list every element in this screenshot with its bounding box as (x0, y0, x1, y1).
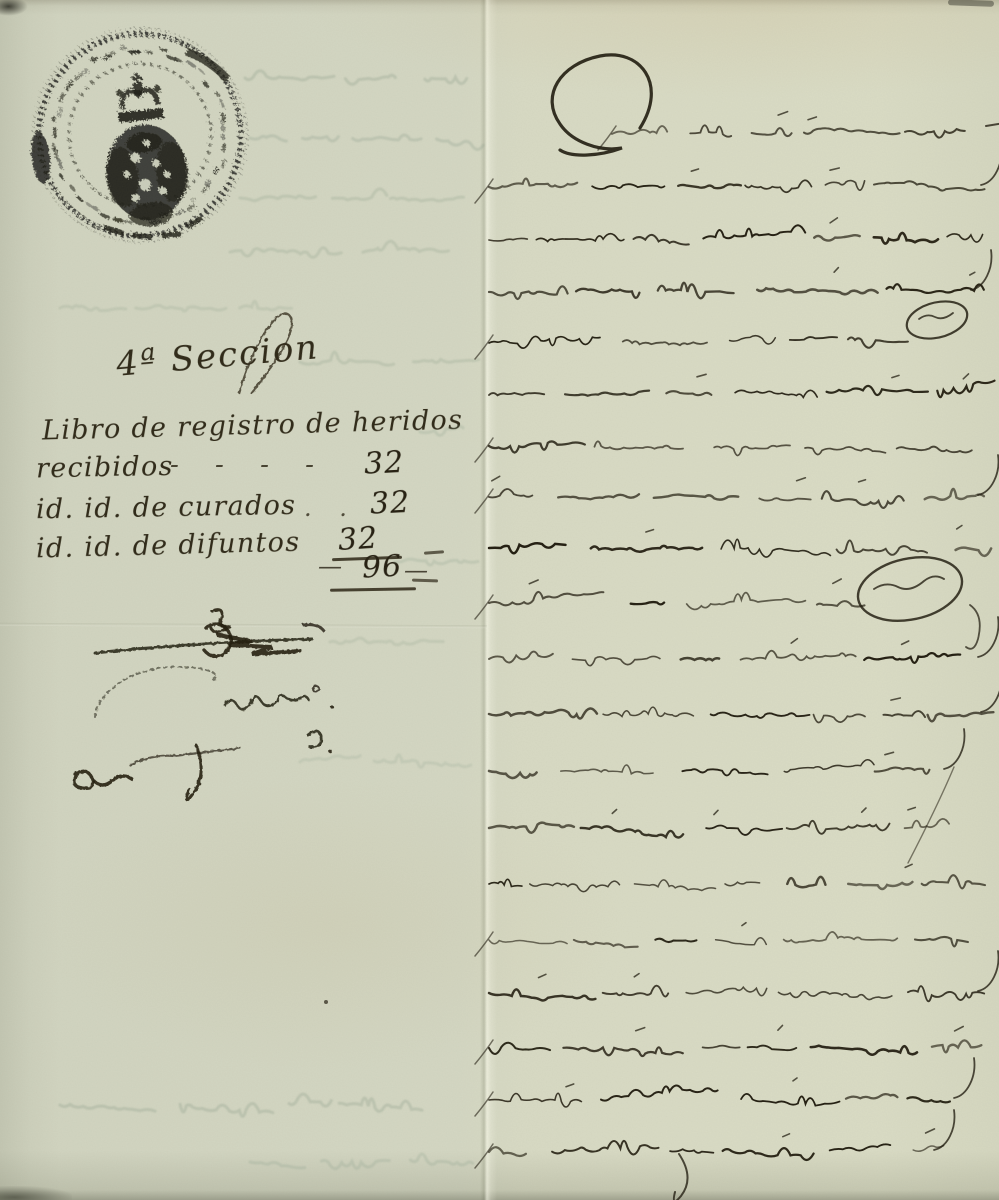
document-page: 4ª Seccion Libro de registro de heridos … (0, 0, 999, 1200)
body-text-handwriting (0, 0, 999, 1200)
